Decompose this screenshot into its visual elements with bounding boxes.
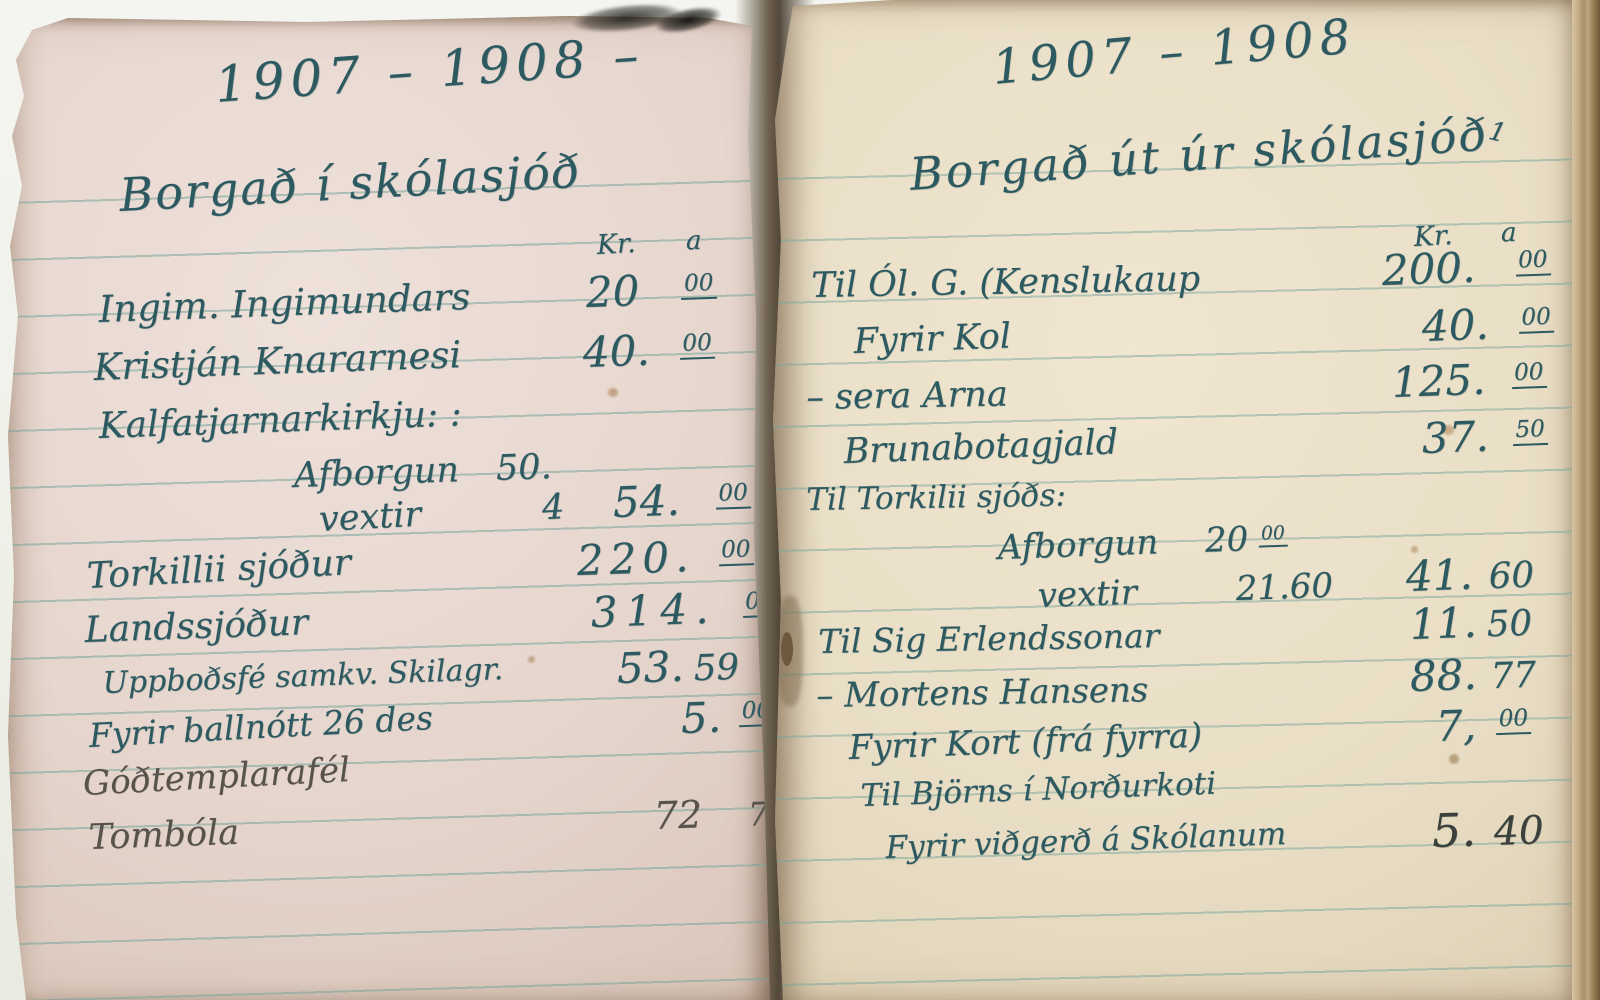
- entry-amount: 40.00: [1421, 297, 1555, 351]
- amount-kronur: 53.: [616, 642, 684, 693]
- amount-aurar: 00: [718, 536, 754, 566]
- entry-amount: 5.00: [680, 691, 770, 743]
- amount-kronur: 11.: [1409, 598, 1477, 649]
- amount-kronur: 88.: [1409, 650, 1477, 701]
- stain-spot: [528, 656, 535, 663]
- entry-label: – Mortens Hansens: [816, 670, 1149, 716]
- entry-amount: 2000: [585, 263, 717, 317]
- amount-aurar: 00: [1518, 304, 1554, 334]
- entry-label: Til Sig Erlendssonar: [818, 616, 1160, 661]
- amount-kronur: 125.: [1391, 355, 1486, 407]
- amount-kronur: 5.: [680, 693, 722, 743]
- entry-amount: 53.59: [616, 640, 740, 693]
- amount-aurar: 77: [1490, 655, 1537, 698]
- amount-aurar: 50: [1512, 416, 1548, 446]
- entry-amount: 88.77: [1409, 648, 1537, 701]
- entry-amount: 7272: [653, 789, 770, 838]
- entry-amount: 200.00: [1381, 240, 1552, 295]
- amount-kronur: 314.: [590, 584, 717, 637]
- entry-label: Tombóla: [88, 813, 240, 858]
- amount-kronur: 7,: [1435, 701, 1477, 751]
- entry-label: – sera Arna: [806, 374, 1008, 418]
- notebook-right-page: 1907 – 1908 1 Borgað út úr skólasjóð Kr.…: [773, 0, 1572, 1000]
- column-header-aurar: a: [686, 226, 702, 256]
- amount-kronur: 200.: [1381, 243, 1476, 295]
- stain-spot: [608, 388, 618, 397]
- entry-label: Landssjóður: [84, 602, 309, 651]
- entry-amount: 41.60: [1405, 548, 1535, 601]
- entry-amount: 54.00: [612, 473, 752, 527]
- amount-aurar: 40: [1493, 808, 1544, 855]
- amount-aurar: 60: [1488, 555, 1535, 598]
- amount-kronur: 37.: [1421, 412, 1489, 463]
- amount-kronur: 41.: [1405, 550, 1473, 601]
- page-edge-strip: [1572, 0, 1600, 1000]
- entry-label: Til Torkilii sjóðs:: [806, 477, 1066, 518]
- amount-aurar: 00: [715, 479, 751, 509]
- column-header-kr: Kr.: [596, 228, 636, 261]
- amount-aurar: 00: [681, 270, 717, 300]
- amount-aurar: 00: [1258, 523, 1289, 548]
- entry-amount: 7,00: [1435, 699, 1532, 751]
- ledger-scan: 1907 – 1908 – Borgað í skólasjóð Kr. a I…: [0, 0, 1600, 1000]
- entry-amount: 314.00: [590, 581, 770, 636]
- page-title: 1907 – 1908: [990, 8, 1358, 96]
- notebook-left-page: 1907 – 1908 – Borgað í skólasjóð Kr. a I…: [8, 16, 770, 1000]
- amount-aurar: 00: [679, 330, 715, 360]
- amount-aurar: 50: [1486, 603, 1533, 646]
- amount-aurar: 00: [1511, 359, 1547, 389]
- amount-kronur: 40.: [582, 326, 650, 377]
- amount-aurar: 00: [1495, 705, 1531, 735]
- amount-aurar: 00: [1515, 246, 1551, 276]
- amount-aurar: 59: [693, 647, 740, 690]
- entry-amount: 11.50: [1409, 596, 1533, 649]
- amount-kronur: 5.: [1431, 802, 1477, 857]
- entry-amount: 5.40: [1431, 800, 1544, 858]
- entry-label: Til Ól. G. (Kenslukaup: [811, 259, 1200, 306]
- stain-spot: [1449, 754, 1459, 764]
- amount-kronur: 40.: [1421, 300, 1489, 351]
- amount-kronur: 72: [653, 792, 703, 838]
- amount-kronur: 54.: [612, 476, 680, 527]
- entry-label: Fyrir Kol: [853, 317, 1012, 362]
- entry-amount: 40.00: [582, 323, 716, 377]
- entry-amount: 125.00: [1391, 353, 1548, 407]
- entry-amount: 37.50: [1421, 410, 1549, 463]
- entry-amount: 220.00: [576, 530, 755, 585]
- amount-kronur: 220.: [576, 532, 695, 585]
- amount-kronur: 20: [585, 266, 640, 317]
- fold-damage: [781, 632, 793, 666]
